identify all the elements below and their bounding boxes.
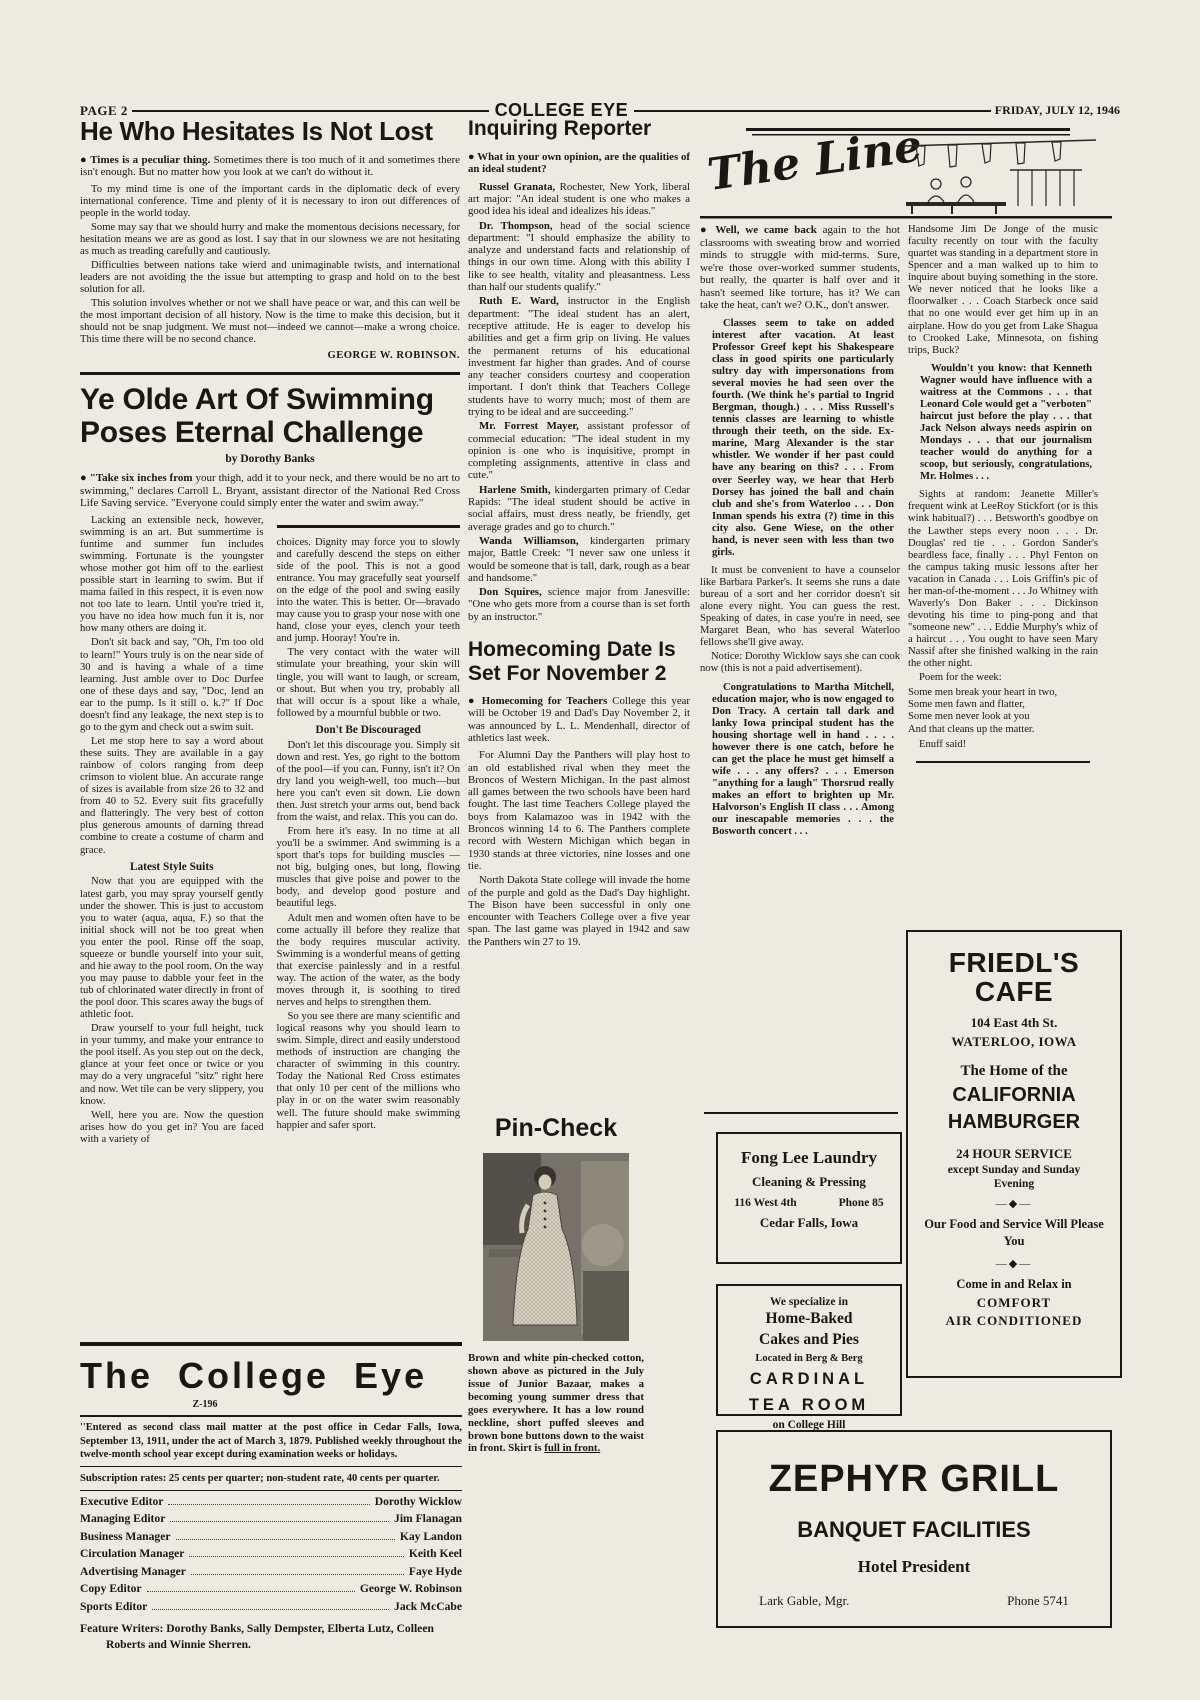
friedls-cafe-ad: FRIEDL'S CAFE 104 East 4th St. WATERLOO,… — [906, 930, 1122, 1378]
paragraph: Poem for the week: — [908, 672, 1098, 684]
dotted-leader — [152, 1609, 389, 1610]
paragraph: Now that you are equipped with the lates… — [80, 876, 264, 1021]
ad-city: Cedar Falls, Iowa — [760, 1215, 858, 1231]
header-rule-right — [634, 110, 991, 112]
paragraph: Adult men and women often have to be com… — [277, 913, 461, 1010]
paragraph: Wanda Williamson, kindergarten primary m… — [468, 535, 690, 584]
inquiring-reporter-title: Inquiring Reporter — [468, 118, 690, 140]
photo-caption: Brown and white pin-checked cotton, show… — [468, 1352, 644, 1456]
header-rule-left — [132, 110, 489, 112]
ad-product: Home-Baked — [766, 1310, 853, 1329]
left-section: He Who Hesitates Is Not Lost ● Times is … — [80, 118, 460, 1344]
paragraph: For Alumni Day the Panthers will play ho… — [468, 749, 690, 872]
staff-name: Kay Landon — [400, 1530, 462, 1543]
masthead-code: Z-196 — [80, 1399, 330, 1410]
paragraph: Let me stop here to say a word about the… — [80, 736, 264, 857]
the-line-banner: The Line — [700, 126, 1112, 220]
section-divider — [80, 372, 460, 375]
staff-role: Executive Editor — [80, 1495, 163, 1508]
paragraph: choices. Dignity may force you to slowly… — [277, 537, 461, 646]
staff-row: Sports Editor Jack McCabe — [80, 1600, 462, 1618]
paragraph: North Dakota State college will invade t… — [468, 874, 690, 948]
middle-column: Inquiring Reporter ● What in your own op… — [468, 118, 690, 1118]
the-line-column-2-body: Handsome Jim De Jonge of the music facul… — [908, 224, 1098, 751]
ad-address-row: 116 West 4th Phone 85 — [734, 1197, 883, 1209]
ad-location: Hotel President — [858, 1557, 971, 1577]
paragraph: Latest Style Suits — [80, 861, 264, 874]
paragraph: ● Times is a peculiar thing. Sometimes t… — [80, 154, 460, 179]
staff-name: Jack McCabe — [394, 1600, 462, 1613]
paragraph: Mr. Forrest Mayer, assistant professor o… — [468, 420, 690, 481]
ad-address: 116 West 4th — [734, 1197, 796, 1209]
ad-service-2: except Sunday and Sunday — [948, 1164, 1081, 1176]
paragraph: Congratulations to Martha Mitchell, educ… — [700, 682, 900, 839]
paragraph: Classes seem to take on added interest a… — [700, 318, 900, 559]
masthead-entered-notice: ''Entered as second class mail matter at… — [80, 1421, 462, 1462]
fong-lee-laundry-ad: Fong Lee Laundry Cleaning & Pressing 116… — [716, 1132, 902, 1264]
ad-location: Located in Berg & Berg — [755, 1353, 862, 1364]
paragraph: Sights at random: Jeanette Miller's freq… — [908, 489, 1098, 670]
paragraph: Don't Be Discouraged — [277, 724, 461, 737]
paragraph: Don Squires, science major from Janesvil… — [468, 586, 690, 623]
the-line-illustration: The Line — [700, 126, 1112, 220]
ornament-divider: —◆— — [996, 1257, 1032, 1270]
the-line-title: The Line — [704, 126, 925, 201]
paragraph: Some men break your heart in two, Some m… — [908, 687, 1098, 735]
paragraph: Handsome Jim De Jonge of the music facul… — [908, 224, 1098, 357]
staff-name: Dorothy Wicklow — [375, 1495, 462, 1508]
paragraph: Lacking an extensible neck, however, swi… — [80, 515, 264, 636]
masthead-title: The College Eye — [80, 1355, 462, 1397]
fashion-photo — [483, 1153, 629, 1341]
ad-name: ZEPHYR GRILL — [769, 1458, 1060, 1501]
homecoming-title: Homecoming Date Is Set For November 2 — [468, 638, 690, 685]
swimming-column-2: choices. Dignity may force you to slowly… — [277, 515, 461, 1148]
paragraph: So you see there are many scientific and… — [277, 1011, 461, 1132]
ad-phone: Phone 85 — [839, 1197, 884, 1209]
masthead-divider — [80, 1415, 462, 1417]
ad-product-2: HAMBURGER — [948, 1111, 1080, 1134]
paragraph: The very contact with the water will sti… — [277, 647, 461, 719]
paragraph: Russel Granata, Rochester, New York, lib… — [468, 181, 690, 218]
staff-role: Copy Editor — [80, 1582, 142, 1595]
staff-name: Jim Flanagan — [394, 1512, 462, 1525]
ad-product: CALIFORNIA — [952, 1084, 1075, 1107]
pin-check-section: Pin-Check Brown and whi — [468, 1114, 644, 1466]
staff-role: Business Manager — [80, 1530, 171, 1543]
staff-name: Faye Hyde — [409, 1565, 462, 1578]
homecoming-body: ● Homecoming for Teachers College this y… — [468, 695, 690, 948]
ad-promo-2: Come in and Relax in — [956, 1276, 1071, 1293]
paragraph: GEORGE W. ROBINSON. — [80, 350, 460, 362]
ad-name: FRIEDL'S — [949, 948, 1079, 977]
ad-promo: Our Food and Service Will Please You — [916, 1216, 1112, 1250]
paragraph: Wouldn't you know: that Kenneth Wagner w… — [908, 363, 1098, 484]
swimming-columns: Lacking an extensible neck, however, swi… — [80, 515, 460, 1148]
masthead-divider — [80, 1490, 462, 1491]
ad-service: Cleaning & Pressing — [752, 1174, 866, 1190]
article-title-hesitates: He Who Hesitates Is Not Lost — [80, 118, 460, 145]
paragraph: This solution involves whether or not we… — [80, 298, 460, 346]
masthead: The College Eye Z-196 ''Entered as secon… — [80, 1342, 462, 1700]
ad-product-2: Cakes and Pies — [759, 1331, 859, 1350]
ad-tagline: The Home of the — [960, 1063, 1067, 1080]
staff-role: Managing Editor — [80, 1512, 165, 1525]
the-line-column-1: ● Well, we came back again to the hot cl… — [700, 224, 900, 1108]
staff-row: Advertising Manager Faye Hyde — [80, 1565, 462, 1583]
ad-comfort: COMFORT — [977, 1295, 1051, 1311]
paragraph: From here it's easy. In no time at all y… — [277, 826, 461, 910]
ad-name: CARDINAL — [750, 1369, 868, 1390]
dotted-leader — [170, 1521, 389, 1522]
dotted-leader — [191, 1574, 404, 1575]
ad-air-conditioned: AIR CONDITIONED — [946, 1313, 1083, 1329]
ad-address: 104 East 4th St. — [971, 1015, 1058, 1031]
paragraph: Draw yourself to your full height, tuck … — [80, 1023, 264, 1107]
ad-name: Fong Lee Laundry — [741, 1148, 877, 1168]
swimming-column-1: Lacking an extensible neck, however, swi… — [80, 515, 264, 1148]
paragraph: ● "Take six inches from your thigh, add … — [80, 472, 460, 510]
ad-service: 24 HOUR SERVICE — [956, 1146, 1072, 1162]
staff-name: Keith Keel — [409, 1547, 462, 1560]
paragraph: ● What in your own opinion, are the qual… — [468, 151, 690, 176]
staff-row: Copy Editor George W. Robinson — [80, 1582, 462, 1600]
dotted-leader — [147, 1591, 355, 1592]
ad-tagline: We specialize in — [770, 1296, 848, 1308]
paragraph: Notice: Dorothy Wicklow says she can coo… — [700, 651, 900, 675]
staff-name: George W. Robinson — [360, 1582, 462, 1595]
masthead-subscription: Subscription rates: 25 cents per quarter… — [80, 1471, 462, 1486]
dotted-leader — [168, 1504, 369, 1505]
paragraph: Difficulties between nations take wierd … — [80, 260, 460, 296]
swimming-column-2-body: choices. Dignity may force you to slowly… — [277, 537, 461, 1132]
staff-row: Circulation Manager Keith Keel — [80, 1547, 462, 1565]
paragraph: ● Homecoming for Teachers College this y… — [468, 695, 690, 744]
ad-manager: Lark Gable, Mgr. — [759, 1593, 849, 1609]
paragraph: Don't let this discourage you. Simply si… — [277, 740, 461, 824]
ad-phone: Phone 5741 — [1007, 1593, 1069, 1609]
column-end-rule — [704, 1112, 898, 1114]
staff-row: Managing Editor Jim Flanagan — [80, 1512, 462, 1530]
masthead-divider — [80, 1466, 462, 1467]
dotted-leader — [189, 1556, 403, 1557]
article-title-swimming: Ye Olde Art Of Swimming Poses Eternal Ch… — [80, 384, 460, 449]
paragraph: ● Well, we came back again to the hot cl… — [700, 224, 900, 312]
newspaper-page: PAGE 2 COLLEGE EYE FRIDAY, JULY 12, 1946… — [0, 0, 1200, 1700]
paragraph: To my mind time is one of the important … — [80, 184, 460, 220]
feature-writers: Feature Writers: Dorothy Banks, Sally De… — [80, 1621, 462, 1652]
byline-dorothy-banks: by Dorothy Banks — [80, 453, 460, 465]
staff-row: Executive Editor Dorothy Wicklow — [80, 1495, 462, 1513]
cardinal-tea-room-ad: We specialize in Home-Baked Cakes and Pi… — [716, 1284, 902, 1416]
dotted-leader — [176, 1539, 395, 1540]
swimming-lead: ● "Take six inches from your thigh, add … — [80, 472, 460, 510]
column-end-rule — [916, 761, 1090, 763]
inquiring-reporter-body: ● What in your own opinion, are the qual… — [468, 151, 690, 623]
paragraph: Dr. Thompson, head of the social science… — [468, 220, 690, 294]
column-top-rule — [277, 525, 461, 528]
ad-name-2: TEA ROOM — [749, 1395, 869, 1416]
masthead-rule — [80, 1342, 462, 1346]
staff-role: Sports Editor — [80, 1600, 147, 1613]
staff-role: Advertising Manager — [80, 1565, 186, 1578]
ad-service: BANQUET FACILITIES — [797, 1517, 1030, 1543]
pin-check-title: Pin-Check — [468, 1114, 644, 1143]
paragraph: Harlene Smith, kindergarten primary of C… — [468, 484, 690, 533]
paragraph: Ruth E. Ward, instructor in the English … — [468, 295, 690, 418]
article-hesitates-body: ● Times is a peculiar thing. Sometimes t… — [80, 154, 460, 363]
staff-list: Executive Editor Dorothy Wicklow Managin… — [80, 1495, 462, 1618]
ad-service-3: Evening — [994, 1178, 1034, 1190]
the-line-column-2: Handsome Jim De Jonge of the music facul… — [908, 224, 1098, 763]
paragraph: Don't sit back and say, "Oh, I'm too old… — [80, 637, 264, 734]
staff-role: Circulation Manager — [80, 1547, 184, 1560]
page-number: PAGE 2 — [80, 103, 128, 119]
paragraph: Enuff said! — [908, 739, 1098, 751]
staff-row: Business Manager Kay Landon — [80, 1530, 462, 1548]
paragraph: Some may say that we should hurry and ma… — [80, 222, 460, 258]
issue-date: FRIDAY, JULY 12, 1946 — [995, 103, 1120, 118]
ad-contact-row: Lark Gable, Mgr. Phone 5741 — [759, 1593, 1069, 1609]
zephyr-grill-ad: ZEPHYR GRILL BANQUET FACILITIES Hotel Pr… — [716, 1430, 1112, 1628]
ad-name-2: CAFE — [975, 977, 1053, 1006]
paragraph: It must be convenient to have a counselo… — [700, 565, 900, 649]
ad-city: WATERLOO, IOWA — [951, 1034, 1076, 1050]
paragraph: Well, here you are. Now the question ari… — [80, 1110, 264, 1146]
ornament-divider: —◆— — [996, 1197, 1032, 1210]
